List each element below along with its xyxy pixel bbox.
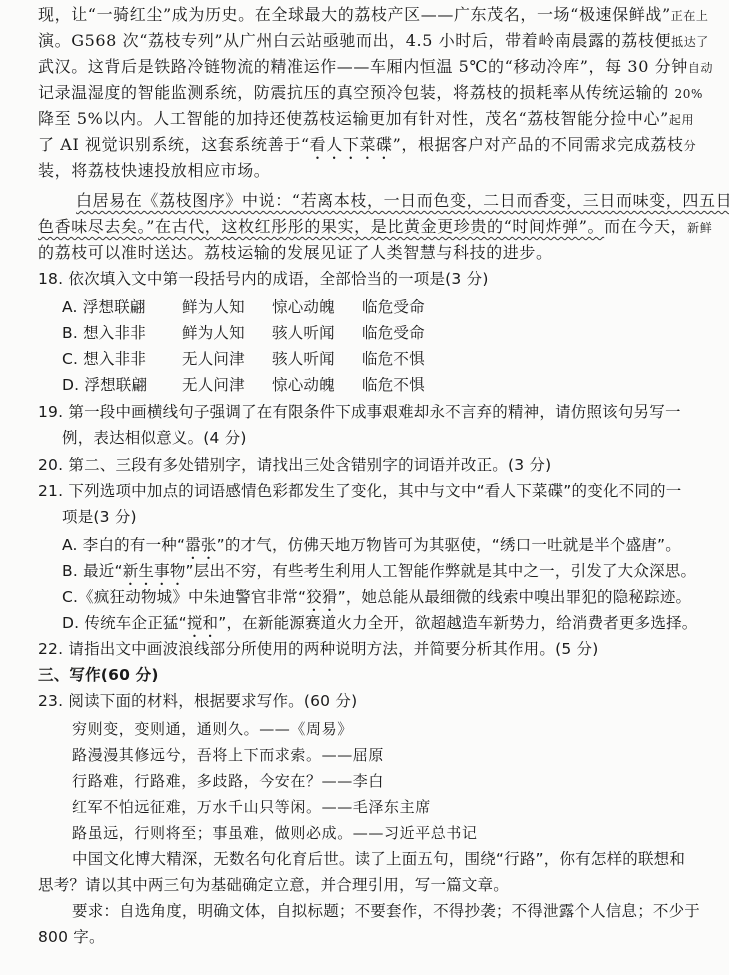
option-row: A. 浮想联翩鲜为人知惊心动魄临危受命 [62, 296, 425, 318]
option-c: C. 想入非非 [62, 348, 182, 370]
text: 鲜为人知 [182, 296, 272, 318]
writing-prompt: 中国文化博大精深，无数名句化育后世。读了上面五句，围绕“行路”，你有怎样的联想和 [72, 848, 685, 870]
question-19: 19. 第一段中画横线句子强调了在有限条件下成事艰难却永不言弃的精神，请仿照该句… [38, 401, 681, 423]
text: 临危不惧 [362, 350, 425, 368]
text: 惊心动魄 [272, 296, 362, 318]
text: 分 [684, 139, 697, 153]
passage-line: 了 AI 视觉识别系统，这套系统善于“看人下菜碟”，根据客户对产品的不同需求完成… [38, 134, 696, 163]
dotted-phrase: 搅和 [187, 614, 218, 632]
section-title: 三、写作(60 分) [38, 664, 159, 686]
passage-line: 记录温湿度的智能监测系统，防震抗压的真空预冷包装，将荔枝的损耗率从传统运输的 2… [38, 82, 703, 105]
quote: 红军不怕远征难，万水千山只等闲。——毛泽东主席 [72, 796, 431, 818]
quote: 路漫漫其修远兮，吾将上下而求索。——屈原 [72, 744, 384, 766]
option-row: C. 想入非非无人问津骇人听闻临危不惧 [62, 348, 425, 370]
wavy-underlined-text: 色香味尽去矣。”在古代，这枚红彤彤的果实，是比黄金更珍贵的“时间炸弹”。 [38, 217, 604, 236]
quote: 穷则变，变则通，通则久。——《周易》 [72, 718, 353, 740]
text: 20% [675, 87, 703, 101]
question-21-cont: 项是(3 分) [62, 506, 137, 528]
text: ”，她总能从最细微的线索中嗅出罪犯的隐秘踪迹。 [338, 588, 692, 606]
passage-line: 装，将荔枝快速投放相应市场。 [38, 160, 270, 182]
text: 抵达了 [671, 35, 709, 49]
text: 演。G568 次“荔枝专列”从广州白云站亟驰而出，4.5 小时后，带着岭南晨露的… [38, 31, 671, 50]
passage-line: 现，让“一骑红尘”成为历史。在全球最大的荔枝产区——广东茂名，一场“极速保鲜战”… [38, 4, 709, 27]
option-b: B. 最近“新生事物”层出不穷，有些考生利用人工智能作弊就是其中之一，引发了大众… [62, 560, 696, 589]
passage-line: 色香味尽去矣。”在古代，这枚红彤彤的果实，是比黄金更珍贵的“时间炸弹”。而在今天… [38, 216, 712, 239]
text: 临危不惧 [362, 376, 425, 394]
question-23: 23. 阅读下面的材料，根据要求写作。(60 分) [38, 690, 357, 712]
question-18: 18. 依次填入文中第一段括号内的成语，全部恰当的一项是(3 分) [38, 268, 489, 290]
passage-line: 降至 5%以内。人工智能的加持还使荔枝运输更加有针对性，茂名“荔枝智能分捡中心”… [38, 108, 694, 131]
dotted-phrase: 看人下菜碟 [310, 135, 393, 154]
option-a: A. 李白的有一种“嚣张”的才气，仿佛天地万物皆可为其驱使，“绣口一吐就是半个盛… [62, 534, 681, 563]
option-d: D. 传统车企正猛“搅和”，在新能源赛道火力全开，欲超越造车新势力，给消费者更多… [62, 612, 697, 641]
text: ”层出不穷，有些考生利用人工智能作弊就是其中之一，引发了大众深思。 [186, 562, 697, 580]
text: 而在今天， [604, 217, 687, 236]
text: 的荔枝可以准时送达。荔枝运输的发展见证了人类智慧与科技的进步。 [38, 243, 553, 262]
text: 临危受命 [362, 324, 425, 342]
text: 骇人听闻 [272, 348, 362, 370]
text: 骇人听闻 [272, 322, 362, 344]
text: B. 最近“ [62, 562, 123, 580]
quote: 路虽远，行则将至；事虽难，做则必成。——习近平总书记 [72, 822, 478, 844]
text: A. 李白的有一种“ [62, 536, 185, 554]
text: 武汉。这背后是铁路冷链物流的精准运作——车厢内恒温 5℃的“移动冷库”，每 30… [38, 57, 688, 76]
text: D. 传统车企正猛“ [62, 614, 187, 632]
text: ”，根据客户对产品的不同需求完成荔枝 [393, 135, 684, 154]
quote: 行路难，行路难，多歧路，今安在？——李白 [72, 770, 384, 792]
text: 临危受命 [362, 298, 425, 316]
option-row: D. 浮想联翩无人问津惊心动魄临危不惧 [62, 374, 425, 396]
question-20: 20. 第二、三段有多处错别字，请找出三处含错别字的词语并改正。(3 分) [38, 454, 551, 476]
question-19-cont: 例，表达相似意义。(4 分) [62, 427, 247, 449]
text: 记录温湿度的智能监测系统，防震抗压的真空预冷包装，将荔枝的损耗率从传统运输的 [38, 83, 675, 102]
text: 自动 [688, 61, 713, 75]
passage-line: 的荔枝可以准时送达。荔枝运输的发展见证了人类智慧与科技的进步。 [38, 242, 553, 264]
text: 装，将荔枝快速投放相应市场。 [38, 161, 270, 180]
dotted-phrase: 新生事物 [123, 562, 186, 580]
text: 了 AI 视觉识别系统，这套系统善于“ [38, 135, 310, 154]
passage-line: 武汉。这背后是铁路冷链物流的精准运作——车厢内恒温 5℃的“移动冷库”，每 30… [38, 56, 713, 79]
dotted-phrase: 狡猾 [306, 588, 337, 606]
question-22: 22. 请指出文中画波浪线部分所使用的两种说明方法，并简要分析其作用。(5 分) [38, 638, 598, 660]
passage-line: 白居易在《荔枝图序》中说：“若离本枝，一日而色变，二日而香变，三日而味变，四五日… [76, 190, 729, 212]
question-21: 21. 下列选项中加点的词语感情色彩都发生了变化，其中与文中“看人下菜碟”的变化… [38, 480, 681, 502]
text: 无人问津 [182, 348, 272, 370]
dotted-phrase: 嚣张 [185, 536, 216, 554]
text: 鲜为人知 [182, 322, 272, 344]
text: C.《疯狂动物城》中朱迪警官非常“ [62, 588, 306, 606]
writing-prompt-cont: 思考？请以其中两三句为基础确定立意，并合理引用，写一篇文章。 [38, 874, 509, 896]
wavy-underlined-text: 白居易在《荔枝图序》中说：“若离本枝，一日而色变，二日而香变，三日而味变，四五日… [76, 191, 729, 210]
text: 新鲜 [687, 221, 712, 235]
text: 起用 [669, 113, 694, 127]
option-b: B. 想入非非 [62, 322, 182, 344]
text: ”的才气，仿佛天地万物皆可为其驱使，“绣口一吐就是半个盛唐”。 [217, 536, 681, 554]
writing-requirements: 要求：自选角度，明确文体，自拟标题；不要套作，不得抄袭；不得泄露个人信息；不少于 [72, 900, 700, 922]
option-a: A. 浮想联翩 [62, 296, 182, 318]
text: 正在上 [671, 9, 709, 23]
text: ”，在新能源赛道火力全开，欲超越造车新势力，给消费者更多选择。 [218, 614, 697, 632]
text: 现，让“一骑红尘”成为历史。在全球最大的荔枝产区——广东茂名，一场“极速保鲜战” [38, 5, 671, 24]
text: 降至 5%以内。人工智能的加持还使荔枝运输更加有针对性，茂名“荔枝智能分捡中心” [38, 109, 669, 128]
option-c: C.《疯狂动物城》中朱迪警官非常“狡猾”，她总能从最细微的线索中嗅出罪犯的隐秘踪… [62, 586, 691, 615]
passage-line: 演。G568 次“荔枝专列”从广州白云站亟驰而出，4.5 小时后，带着岭南晨露的… [38, 30, 709, 53]
writing-requirements-cont: 800 字。 [38, 926, 105, 948]
text: 惊心动魄 [272, 374, 362, 396]
option-row: B. 想入非非鲜为人知骇人听闻临危受命 [62, 322, 425, 344]
option-d: D. 浮想联翩 [62, 374, 182, 396]
text: 无人问津 [182, 374, 272, 396]
